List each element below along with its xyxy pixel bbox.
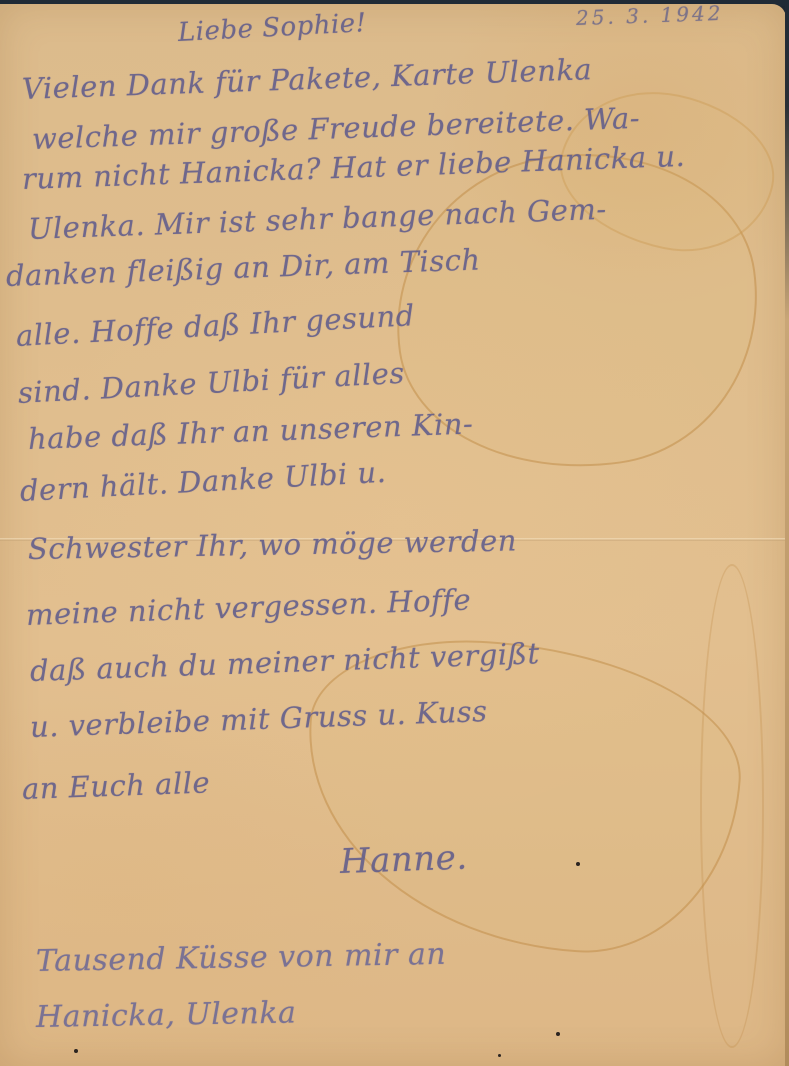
salutation: Liebe Sophie! xyxy=(177,8,367,48)
postscript-line: Hanicka, Ulenka xyxy=(36,995,297,1035)
letter-line: dern hält. Danke Ulbi u. xyxy=(19,455,387,508)
letter-line: an Euch alle xyxy=(21,765,210,806)
letter-line: meine nicht vergessen. Hoffe xyxy=(25,582,471,632)
letter-line: alle. Hoffe daß Ihr gesund xyxy=(15,298,415,353)
signature: Hanne. xyxy=(339,838,468,882)
letter-paper: 25. 3. 1942 Liebe Sophie! Vielen Dank fü… xyxy=(0,4,786,1066)
letter-date: 25. 3. 1942 xyxy=(576,1,724,30)
postscript-line: Tausend Küsse von mir an xyxy=(36,937,447,979)
letter-line: u. verbleibe mit Gruss u. Kuss xyxy=(29,694,488,744)
letter-line: habe daß Ihr an unseren Kin- xyxy=(27,406,473,456)
letter-line: sind. Danke Ulbi für alles xyxy=(17,356,405,410)
letter-line: Schwester Ihr, wo möge werden xyxy=(28,523,517,566)
scan-border-right xyxy=(785,0,789,1066)
letter-line: daß auch du meiner nicht vergißt xyxy=(29,636,540,688)
letter-line: danken fleißig an Dir, am Tisch xyxy=(5,242,481,293)
paper-speck xyxy=(556,1032,560,1036)
paper-speck xyxy=(498,1054,501,1057)
letter-line: Ulenka. Mir ist sehr bange nach Gem- xyxy=(27,192,607,246)
water-stain xyxy=(295,629,749,963)
water-stain xyxy=(700,564,764,1048)
paper-speck xyxy=(576,862,580,866)
letter-line: Vielen Dank für Pakete, Karte Ulenka xyxy=(21,52,592,106)
paper-speck xyxy=(74,1049,78,1053)
